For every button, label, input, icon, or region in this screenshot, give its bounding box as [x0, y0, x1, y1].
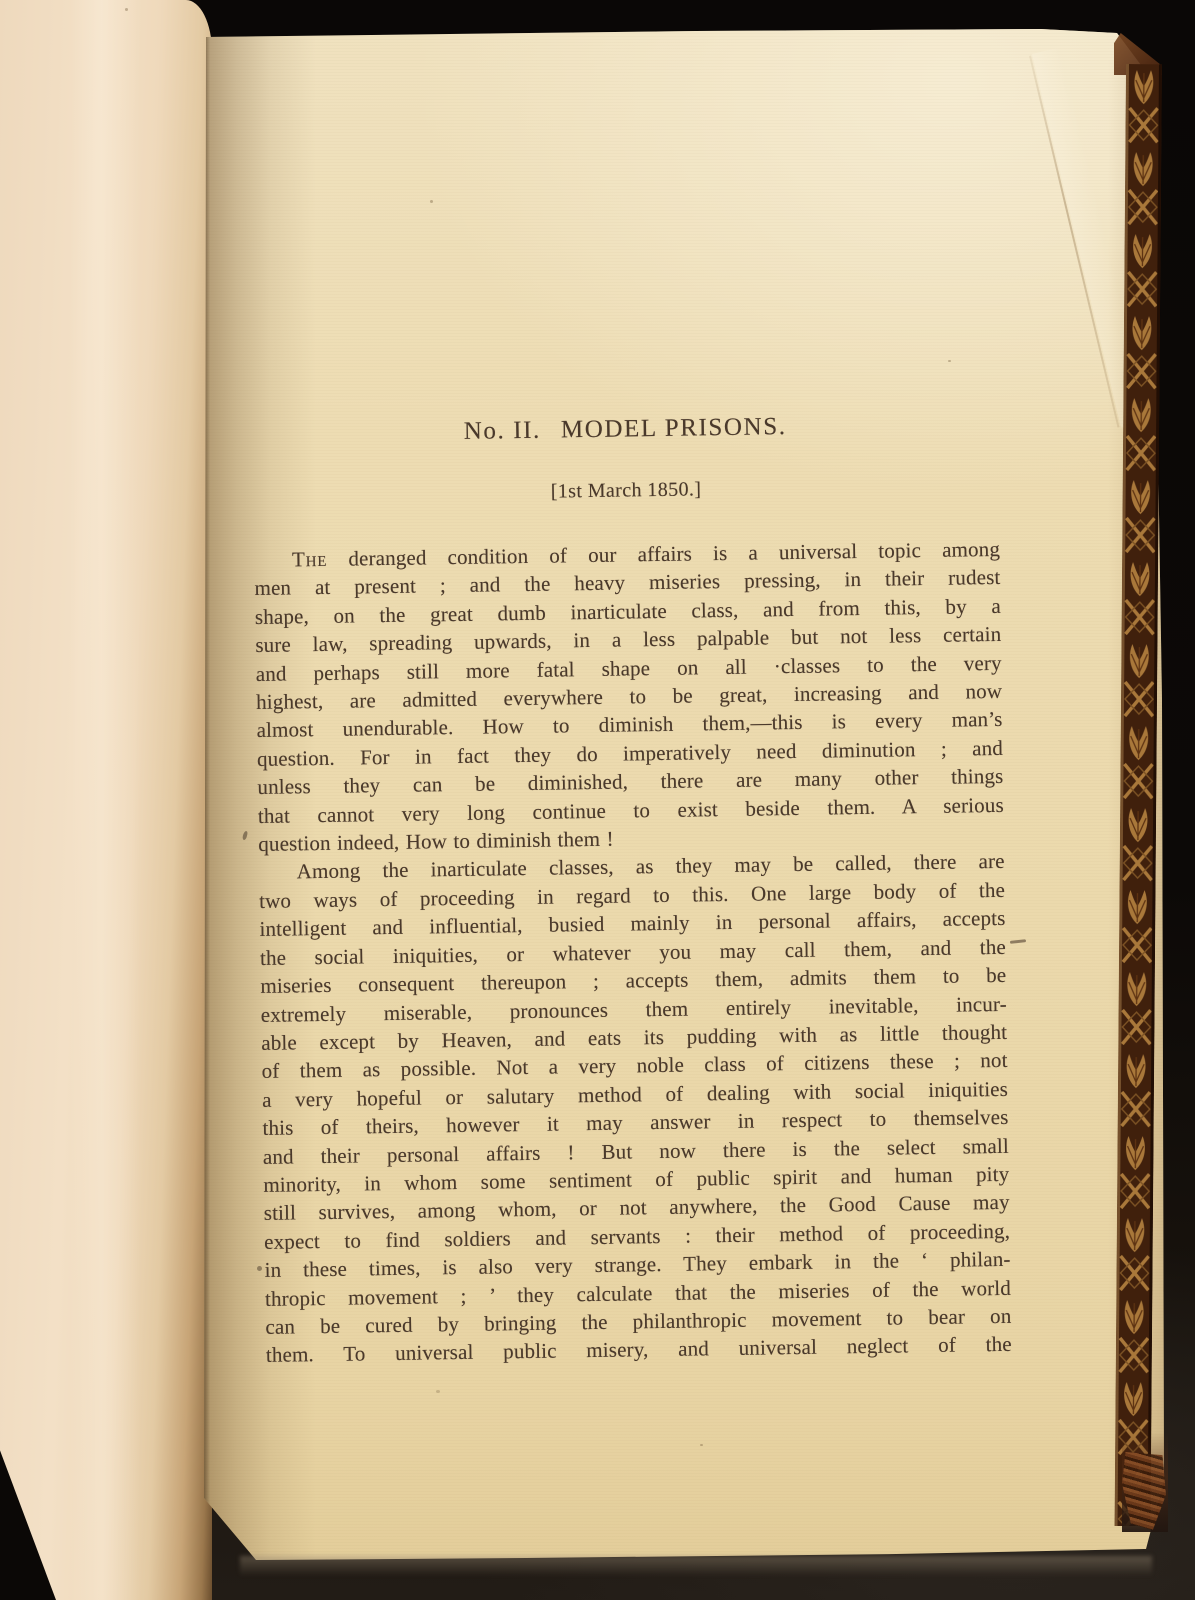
paragraph: The deranged condition of our affairs is… [254, 535, 1005, 859]
heading-number: No. II. [464, 416, 542, 447]
facing-page-sheen [70, 0, 140, 1600]
book-photo: No. II. MODEL PRISONS. [1st March 1850.]… [0, 0, 1195, 1600]
heading-title: MODEL PRISONS. [561, 412, 787, 445]
paper-speck [948, 360, 951, 362]
page-text-block: No. II. MODEL PRISONS. [1st March 1850.]… [252, 409, 1012, 1370]
paper-speck [430, 200, 433, 203]
date-line: [1st March 1850.] [253, 473, 999, 508]
paper-speck [700, 1444, 703, 1446]
lead-word: The [292, 547, 328, 572]
body-text: The deranged condition of our affairs is… [254, 535, 1012, 1370]
page-bottom-shadow [240, 1556, 1152, 1578]
paragraph: Among the inarticulate classes, as they … [259, 847, 1013, 1369]
paper-speck [436, 1390, 440, 1393]
margin-mark-dot [257, 1266, 262, 1271]
paper-speck [125, 8, 128, 11]
facing-page [0, 0, 212, 1600]
